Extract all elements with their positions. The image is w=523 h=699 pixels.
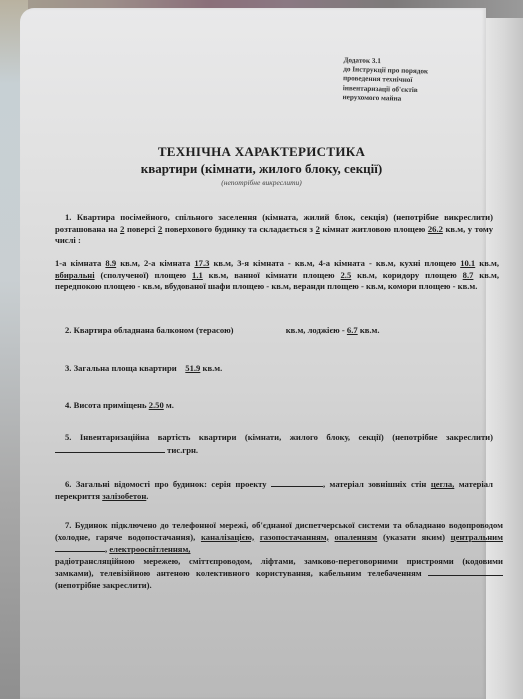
room2-area: 17.3 (194, 258, 209, 268)
section-5: 5. Інвентаризаційна вартість квартири (к… (55, 432, 493, 456)
electric-lighting: електроосвітленням, (109, 544, 190, 554)
room1-area: 8.9 (105, 258, 116, 268)
kitchen-area: 10.1 (460, 258, 475, 268)
document-page (20, 8, 486, 699)
bath-area: 2.5 (341, 270, 352, 280)
heating-type: центральним (451, 532, 503, 542)
total-area: 51.9 (185, 363, 200, 373)
wc-area: 1.1 (192, 270, 203, 280)
section-6: 6. Загальні відомості про будинок: серія… (55, 478, 493, 502)
section-1: 1. Квартира посімейного, спільного засел… (55, 212, 493, 247)
title-note: (непотрібне викреслити) (0, 178, 523, 187)
section-7: 7. Будинок підключено до телефонної мере… (55, 520, 503, 591)
ceiling-height: 2.50 (149, 400, 164, 410)
inventory-value-blank (55, 444, 165, 453)
document-subtitle: квартири (кімнати, жилого блоку, секції) (0, 161, 523, 177)
sewer: каналізацією, (201, 532, 254, 542)
ceiling-material: залізобетон (102, 491, 146, 501)
walls-material: цегла, (431, 479, 455, 489)
document-title: ТЕХНІЧНА ХАРАКТЕРИСТИКА (0, 144, 523, 160)
adjacent-page (485, 18, 523, 699)
annex-note: Додаток 3.1 до Інструкції про порядок пр… (342, 56, 483, 106)
living-area-value: 26.2 (428, 224, 443, 234)
floors-total-value: 2 (158, 224, 162, 234)
series-blank (271, 478, 323, 487)
corridor-area: 8.7 (463, 270, 474, 280)
section-2: 2. Квартира обладнана балконом (терасою)… (65, 325, 485, 337)
loggia-area: 6.7 (347, 325, 358, 335)
section-1-rooms: 1-а кімната 8.9 кв.м, 2-а кімната 17.3 к… (55, 258, 499, 293)
rooms-value: 2 (316, 224, 320, 234)
section-3: 3. Загальна площа квартири 51.9 кв.м. (65, 363, 485, 375)
cable-tv-blank (428, 567, 503, 576)
section-4: 4. Висота приміщень 2.50 м. (65, 400, 485, 412)
heating: опаленням (335, 532, 378, 542)
floor-value: 2 (120, 224, 124, 234)
gas-supply: газопостачанням, (260, 532, 329, 542)
